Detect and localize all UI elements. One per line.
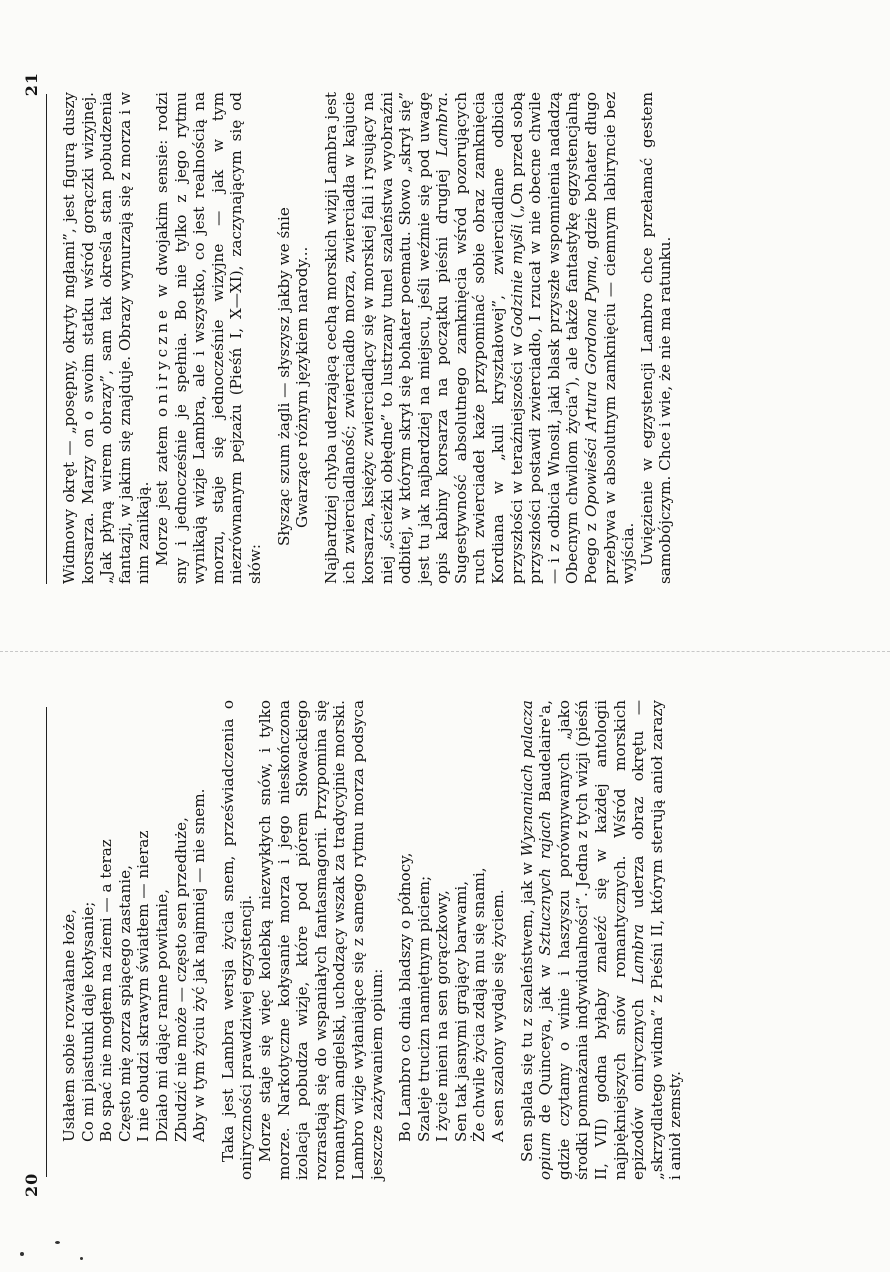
verse-line: Zbudzić nie może — często sen przedłuże, bbox=[172, 700, 191, 1142]
verse-line: I nie obudzi skrawym światłem — nieraz bbox=[134, 700, 153, 1142]
page-text: Widmowy okręt — „posępny, okryty mgłami”… bbox=[60, 92, 675, 584]
verse-line: Bo Lambro co dnia bladszy o północy, bbox=[396, 700, 415, 1142]
page-number: 20 bbox=[22, 1173, 41, 1197]
verse-line: Często mię zorza spiącego zastanie, bbox=[116, 700, 135, 1142]
verse-line: A sen szalony wydaje się życiem. bbox=[489, 700, 508, 1142]
scan-speck bbox=[80, 1257, 83, 1260]
verse-quote: Usłałem sobie rozwałane łoże, Co mi pias… bbox=[60, 700, 209, 1142]
text-run: Sen splata się tu z szaleństwem, jak w bbox=[518, 857, 536, 1162]
book-title: Sztucznych rajach bbox=[536, 811, 554, 956]
book-title: Lambra bbox=[629, 924, 647, 984]
book-spread: 20 Usłałem sobie rozwałane łoże, Co mi p… bbox=[0, 0, 890, 1272]
verse-line: Co mi piastunki daje kołysanie; bbox=[79, 700, 98, 1142]
text-run: de Quinceya, jak w bbox=[536, 956, 554, 1133]
scan-speck bbox=[20, 1252, 24, 1256]
text-run: Najbardziej chyba uderzającą cechą morsk… bbox=[322, 92, 452, 584]
paragraph: Morze staje się więc kolebką niezwykłych… bbox=[256, 700, 386, 1180]
verse-quote: Słysząc szum żagli — słyszysz jakby we ś… bbox=[275, 92, 312, 546]
gutter bbox=[0, 651, 890, 652]
verse-line: Że chwile życia zdają mu się snami, bbox=[470, 700, 489, 1142]
verse-line: Bo spać nie mogłem na ziemi — a teraz bbox=[97, 700, 116, 1142]
page-21: 21 Widmowy okręt — „posępny, okryty mgła… bbox=[0, 62, 890, 622]
book-title: Lambra bbox=[433, 97, 451, 157]
verse-line: Szaleje trucizn namiętnym piciem; bbox=[415, 700, 434, 1142]
verse-line: Słysząc szum żagli — słyszysz jakby we ś… bbox=[275, 92, 294, 546]
paragraph: Sen splata się tu z szaleństwem, jak w W… bbox=[518, 700, 685, 1180]
emphasized-word: oniryczne bbox=[153, 306, 171, 417]
paragraph: Taka jest Lambra wersja życia snem, prze… bbox=[219, 700, 256, 1180]
header-rule bbox=[46, 707, 47, 1177]
page-text: Usłałem sobie rozwałane łoże, Co mi pias… bbox=[60, 700, 685, 1180]
page-20: 20 Usłałem sobie rozwałane łoże, Co mi p… bbox=[0, 672, 890, 1232]
paragraph: Morze jest zatem oniryczne w dwojakim se… bbox=[153, 92, 265, 584]
paragraph: Uwięzienie w egzystencji Lambro chce prz… bbox=[638, 92, 675, 584]
header-rule bbox=[46, 94, 47, 584]
page-number: 21 bbox=[22, 72, 41, 96]
text-run: Morze jest zatem bbox=[153, 417, 171, 566]
verse-line: Działo mi dając ranne powitanie, bbox=[153, 700, 172, 1142]
book-title: Opowieści Artura Gordona Pyma bbox=[582, 260, 600, 517]
verse-line: Usłałem sobie rozwałane łoże, bbox=[60, 700, 79, 1142]
verse-quote: Bo Lambro co dnia bladszy o północy, Sza… bbox=[396, 700, 508, 1142]
verse-line: Sen tak jasnymi grający barwami, bbox=[452, 700, 471, 1142]
book-title: Godzinie myśli bbox=[508, 224, 526, 338]
verse-line: Gwarzące różnym językiem narody... bbox=[293, 92, 312, 546]
verse-line: Aby w tym życiu żyć jak najmniej — nie s… bbox=[190, 700, 209, 1142]
paragraph: Najbardziej chyba uderzającą cechą morsk… bbox=[322, 92, 638, 584]
paragraph: Widmowy okręt — „posępny, okryty mgłami”… bbox=[60, 92, 153, 584]
scan-speck bbox=[55, 1241, 60, 1244]
verse-line: I życie mieni na sen gorączkowy, bbox=[433, 700, 452, 1142]
